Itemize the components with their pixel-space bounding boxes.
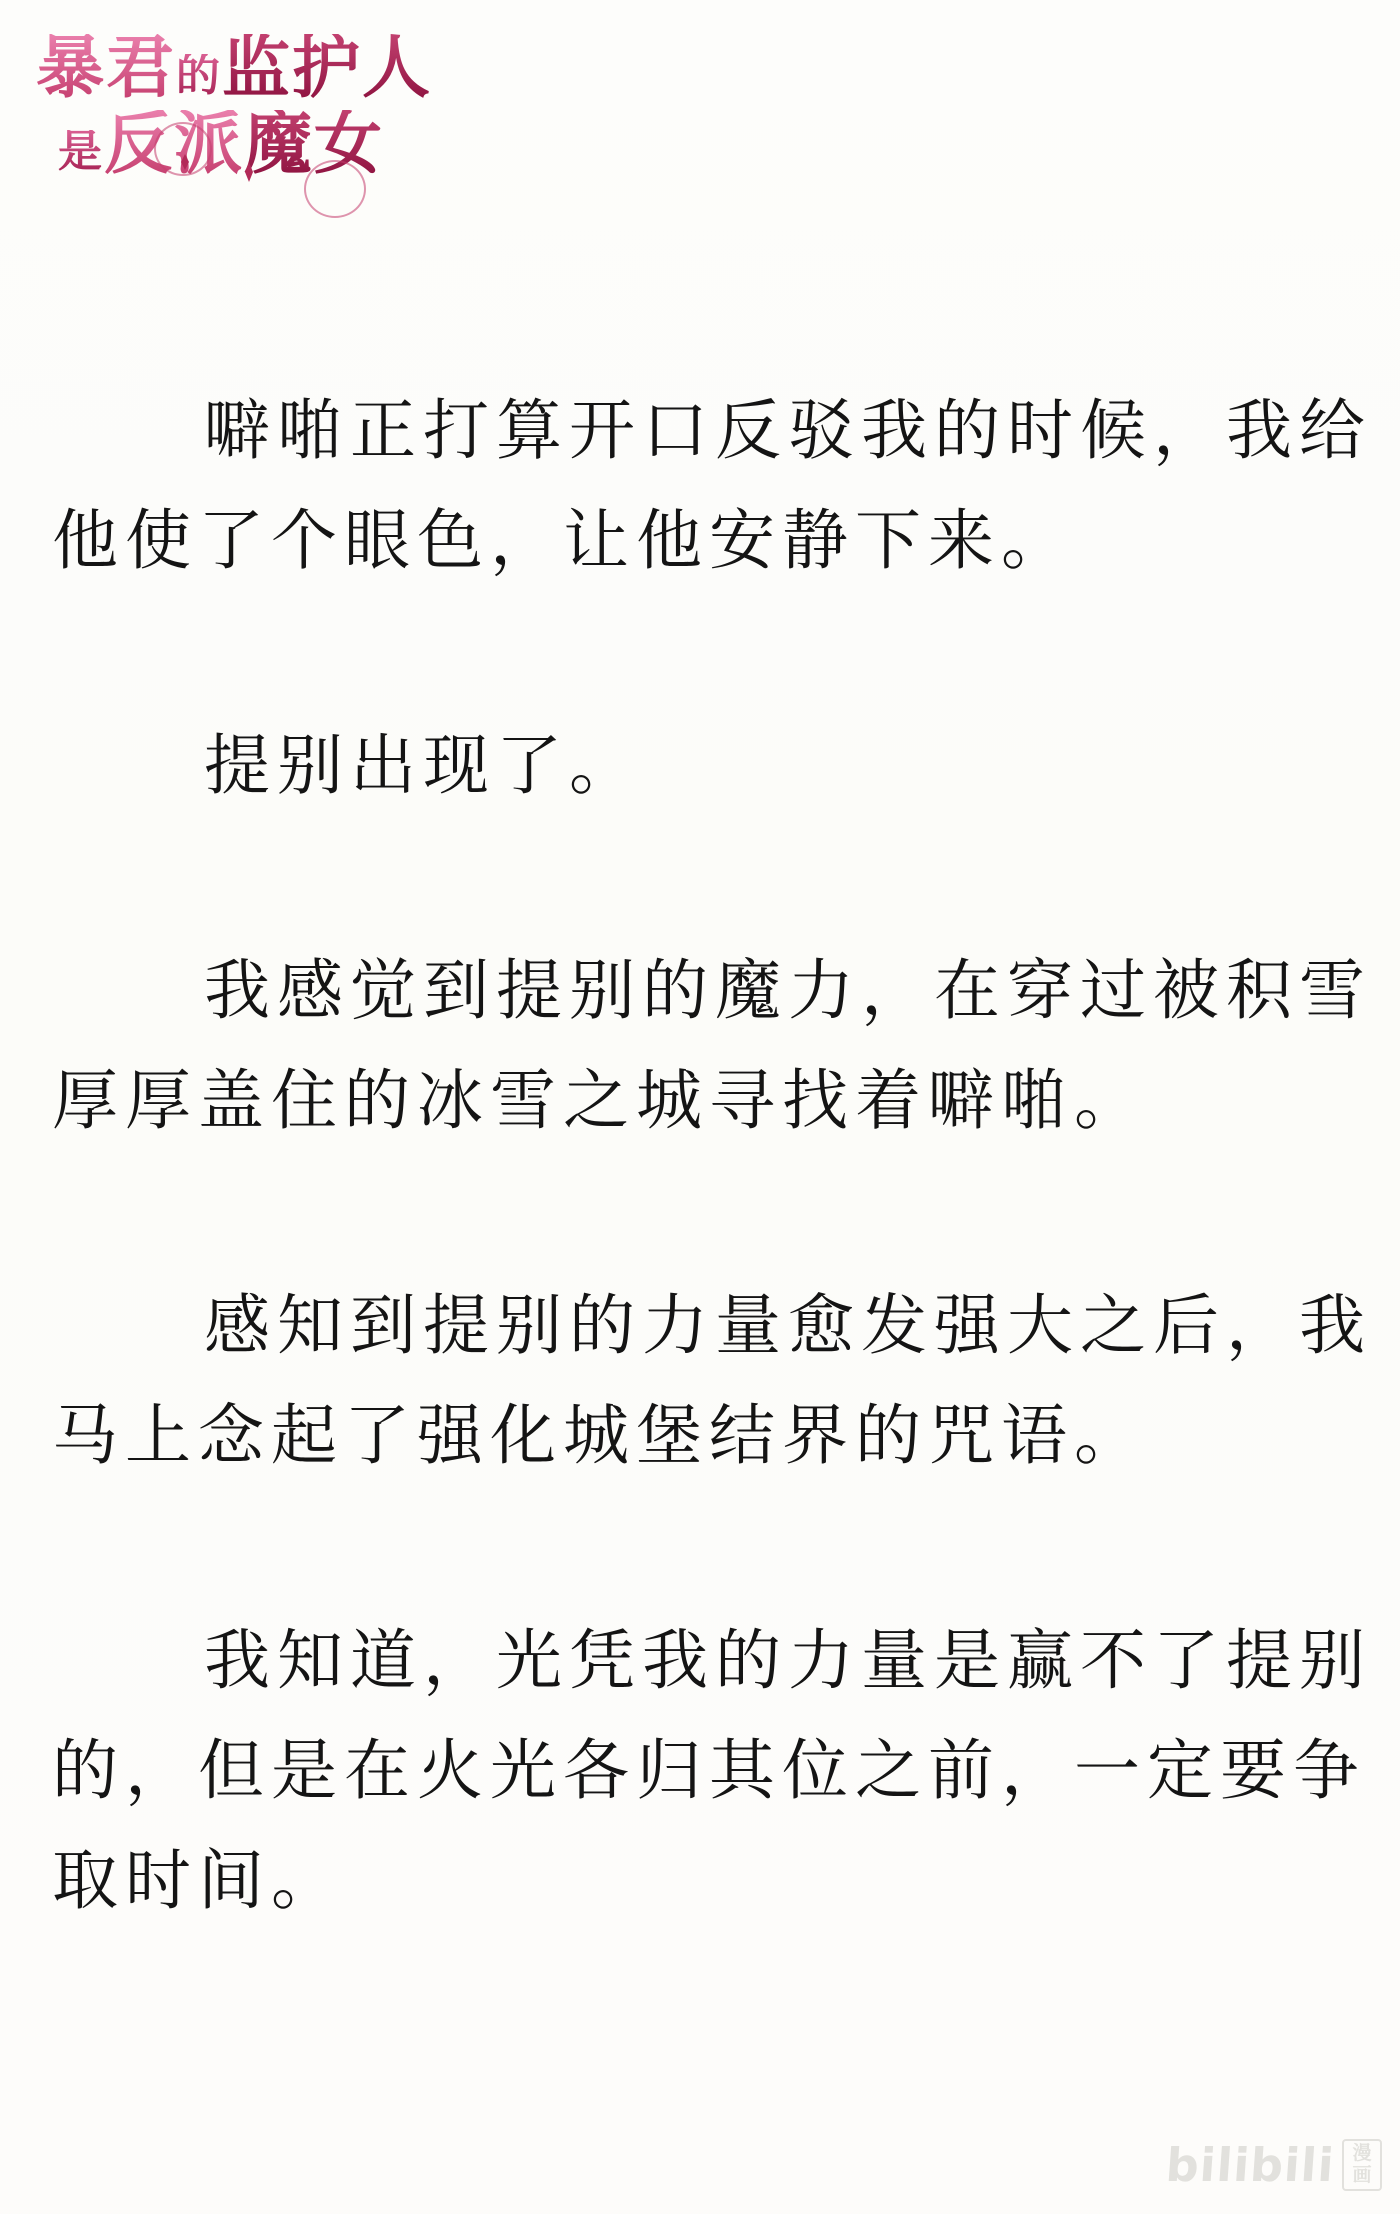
text-line: 的，但是在火光各归其位之前，一定要争 [52, 1715, 1364, 1825]
text-line: 我感觉到提别的魔力，在穿过被积雪 [52, 935, 1364, 1045]
logo-line-1: 暴君 的 监护人 [36, 34, 432, 102]
paragraph: 提别出现了。 [52, 710, 1364, 820]
text-line: 马上念起了强化城堡结界的咒语。 [52, 1380, 1364, 1490]
paragraph: 噼啪正打算开口反驳我的时候，我给 他使了个眼色，让他安静下来。 [52, 375, 1364, 595]
logo-text-jianhuren: 监护人 [222, 34, 432, 102]
text-line: 感知到提别的力量愈发强大之后，我 [52, 1270, 1364, 1380]
logo-text-baojun: 暴君 [36, 34, 176, 102]
text-line: 取时间。 [52, 1825, 1364, 1935]
paragraph: 我感觉到提别的魔力，在穿过被积雪 厚厚盖住的冰雪之城寻找着噼啪。 [52, 935, 1364, 1155]
bilibili-watermark: bilibili 漫 画 [1166, 2138, 1382, 2192]
manhua-badge-char: 漫 [1352, 2143, 1371, 2165]
text-line: 提别出现了。 [52, 710, 1364, 820]
logo-text-de: 的 [176, 54, 222, 102]
text-line: 我知道，光凭我的力量是赢不了提别 [52, 1605, 1364, 1715]
series-logo: 暴君 的 监护人 是 反派 魔女 [36, 34, 432, 178]
text-line: 他使了个眼色，让他安静下来。 [52, 485, 1364, 595]
circle-flourish-icon [304, 160, 366, 218]
reader-page: 暴君 的 监护人 是 反派 魔女 噼啪正打算开口反驳我的时候，我给 他使了个眼色… [0, 0, 1400, 2214]
text-line: 噼啪正打算开口反驳我的时候，我给 [52, 375, 1364, 485]
chapter-text: 噼啪正打算开口反驳我的时候，我给 他使了个眼色，让他安静下来。 提别出现了。 我… [52, 375, 1364, 2050]
paragraph: 感知到提别的力量愈发强大之后，我 马上念起了强化城堡结界的咒语。 [52, 1270, 1364, 1490]
manhua-badge: 漫 画 [1342, 2139, 1382, 2191]
paragraph: 我知道，光凭我的力量是赢不了提别 的，但是在火光各归其位之前，一定要争 取时间。 [52, 1605, 1364, 1935]
circle-flourish-icon [154, 122, 212, 176]
manhua-badge-char: 画 [1352, 2165, 1371, 2187]
logo-text-shi: 是 [58, 130, 104, 178]
text-line: 厚厚盖住的冰雪之城寻找着噼啪。 [52, 1045, 1364, 1155]
bilibili-logo: bilibili [1164, 2138, 1336, 2192]
logo-line-2: 是 反派 魔女 [58, 110, 432, 178]
